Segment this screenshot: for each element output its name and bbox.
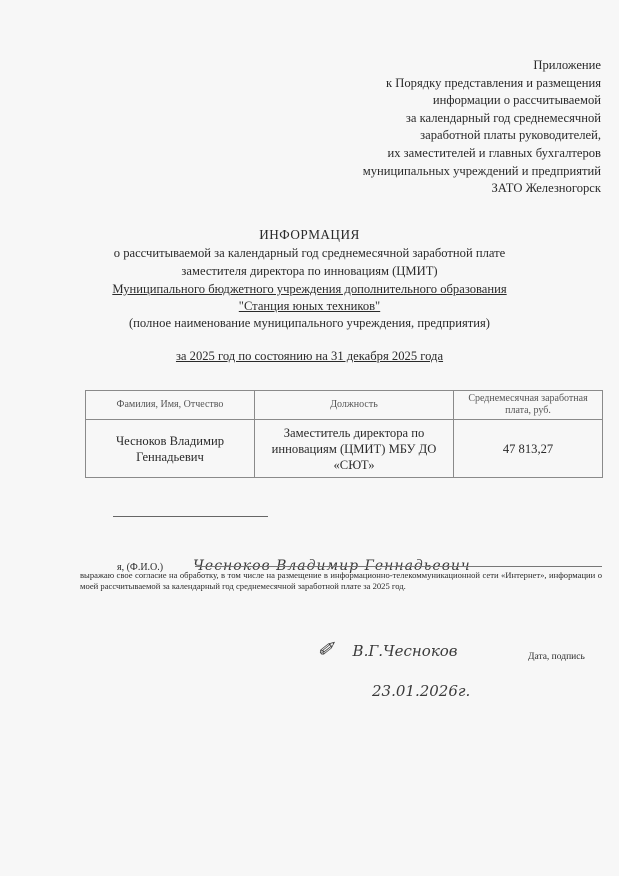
fio-underline (195, 566, 602, 567)
appendix-block: Приложение к Порядку представления и раз… (271, 57, 601, 198)
appendix-line: информации о рассчитываемой (271, 92, 601, 110)
signature-scribble-icon: ✐ (317, 637, 334, 661)
salary-table: Фамилия, Имя, Отчество Должность Среднем… (85, 390, 603, 478)
appendix-line: заработной платы руководителей, (271, 127, 601, 145)
document-title: ИНФОРМАЦИЯ (0, 227, 619, 243)
table-header-row: Фамилия, Имя, Отчество Должность Среднем… (86, 391, 603, 420)
divider-line (113, 516, 268, 517)
table-row: Чесноков Владимир Геннадьевич Заместител… (86, 420, 603, 478)
appendix-line: их заместителей и главных бухгалтеров (271, 145, 601, 163)
date-handwritten: 23.01.2026г. (372, 682, 470, 700)
subtitle-line-2: заместителя директора по инновациям (ЦМИ… (0, 262, 619, 280)
appendix-line: к Порядку представления и размещения (271, 75, 601, 93)
appendix-line: муниципальных учреждений и предприятий (271, 163, 601, 181)
subtitle-line-1: о рассчитываемой за календарный год сред… (0, 244, 619, 262)
report-period: за 2025 год по состоянию на 31 декабря 2… (0, 347, 619, 365)
organization-short-name: "Станция юных техников" (0, 297, 619, 315)
cell-salary: 47 813,27 (454, 420, 603, 478)
appendix-line: Приложение (271, 57, 601, 75)
appendix-line: за календарный год среднемесячной (271, 110, 601, 128)
date-signature-label: Дата, подпись (528, 652, 585, 662)
consent-text: выражаю свое согласие на обработку, в то… (80, 570, 602, 591)
organization-caption: (полное наименование муниципального учре… (0, 314, 619, 332)
signature-handwritten: ✐ В.Г.Чесноков (317, 637, 458, 661)
cell-position: Заместитель директора по инновациям (ЦМИ… (255, 420, 454, 478)
header-name: Фамилия, Имя, Отчество (86, 391, 255, 420)
cell-name: Чесноков Владимир Геннадьевич (86, 420, 255, 478)
header-position: Должность (255, 391, 454, 420)
signature-name: В.Г.Чесноков (353, 642, 458, 660)
organization-name: Муниципального бюджетного учреждения доп… (0, 280, 619, 298)
appendix-line: ЗАТО Железногорск (271, 180, 601, 198)
header-salary: Среднемесячная заработная плата, руб. (454, 391, 603, 420)
